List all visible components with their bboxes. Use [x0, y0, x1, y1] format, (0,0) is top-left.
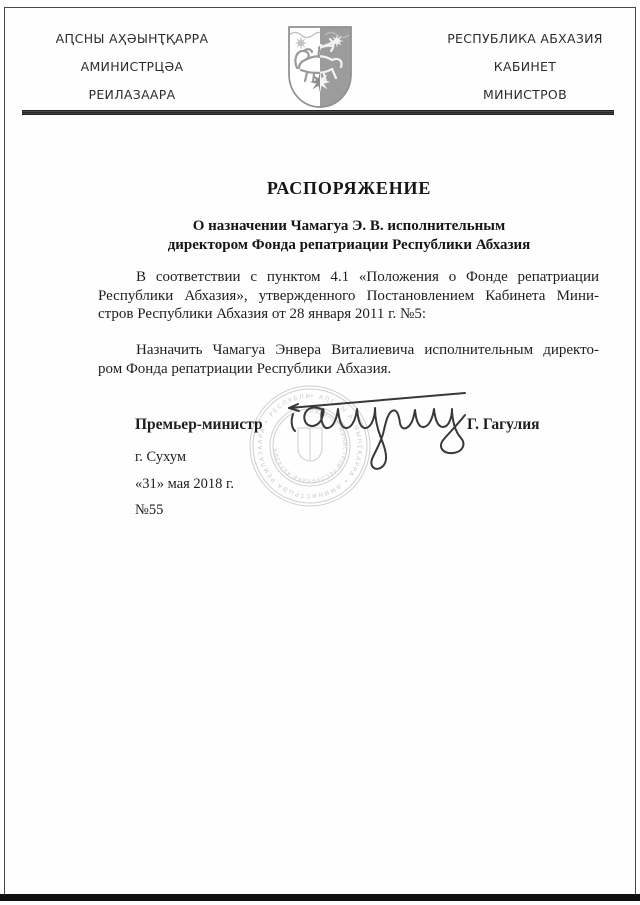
scan-border-left — [4, 7, 5, 895]
document-title: РАСПОРЯЖЕНИЕ — [98, 178, 600, 199]
text-line: Республики Абхазия», утвержденного Поста… — [98, 287, 599, 306]
text-line: РЕИЛАЗААРА — [22, 81, 242, 109]
text-line: директором Фонда репатриации Республики … — [98, 236, 600, 255]
letterhead-abkhazian: АԤСНЫ АҲӘЫНҬҚАРРААМИНИСТРЦӘАРЕИЛАЗААРА — [22, 25, 242, 109]
letterhead-divider — [22, 110, 614, 115]
document-page: АԤСНЫ АҲӘЫНҬҚАРРААМИНИСТРЦӘАРЕИЛАЗААРА — [0, 0, 640, 905]
signatory-position: Премьер-министр — [135, 416, 263, 434]
text-line: Назначить Чамагуа Энвера Виталиевича исп… — [98, 341, 599, 360]
text-line: РЕСПУБЛИКА АБХАЗИЯ — [425, 25, 625, 53]
text-line: В соответствии с пунктом 4.1 «Положения … — [98, 268, 599, 287]
scan-border-right — [635, 7, 636, 895]
text-line: АМИНИСТРЦӘА — [22, 53, 242, 81]
document-subject: О назначении Чамагуа Э. В. исполнительны… — [98, 217, 600, 255]
text-line: ром Фонда репатриации Республики Абхазия… — [98, 360, 599, 379]
issue-city: г. Сухум — [135, 449, 186, 466]
paragraph-appointment: Назначить Чамагуа Энвера Виталиевича исп… — [98, 341, 599, 378]
paragraph-legal-basis: В соответствии с пунктом 4.1 «Положения … — [98, 268, 599, 324]
abkhazia-coat-of-arms — [286, 24, 354, 110]
handwritten-signature — [250, 385, 475, 480]
scan-border-bottom — [0, 894, 640, 901]
text-line: КАБИНЕТ — [425, 53, 625, 81]
signatory-name: Г. Гагулия — [467, 416, 540, 434]
text-line: О назначении Чамагуа Э. В. исполнительны… — [98, 217, 600, 236]
text-line: МИНИСТРОВ — [425, 81, 625, 109]
issue-date: «31» мая 2018 г. — [135, 476, 234, 493]
document-number: №55 — [135, 502, 163, 519]
letterhead-russian: РЕСПУБЛИКА АБХАЗИЯКАБИНЕТМИНИСТРОВ — [425, 25, 625, 109]
text-line: АԤСНЫ АҲӘЫНҬҚАРРА — [22, 25, 242, 53]
text-line: стров Республики Абхазия от 28 января 20… — [98, 305, 599, 324]
scan-border-top — [4, 7, 636, 8]
